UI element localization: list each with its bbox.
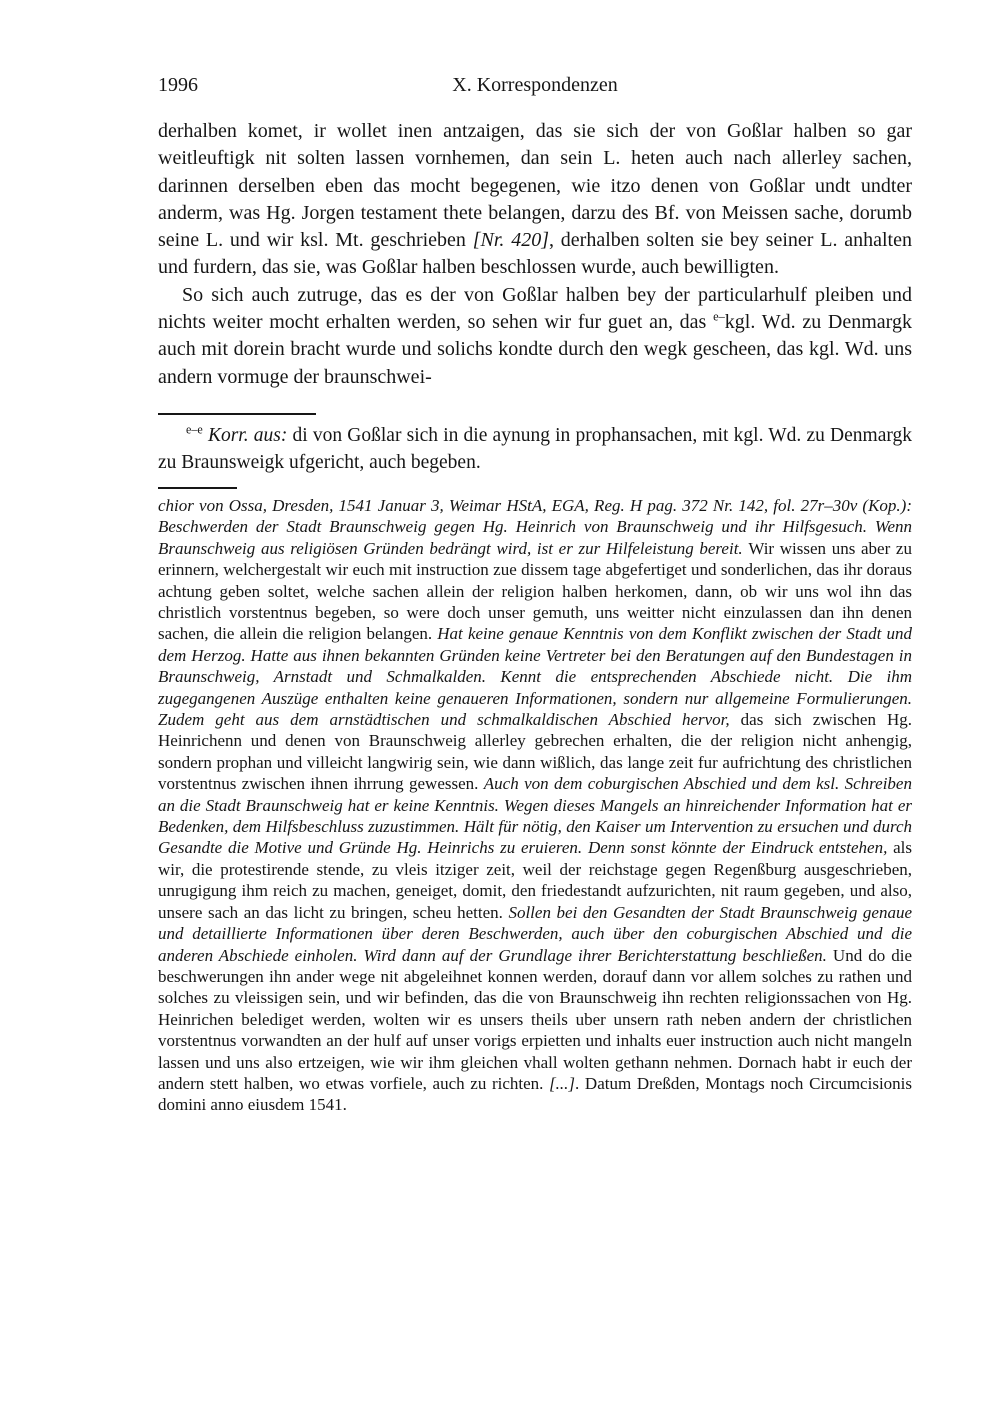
main-text: derhalben komet, ir wollet inen antzaige…	[158, 118, 912, 391]
apparatus-section: e–e Korr. aus: di von Goßlar sich in die…	[158, 413, 912, 476]
page-header: 1996 X. Korrespondenzen	[158, 72, 912, 99]
running-header: X. Korrespondenzen	[158, 72, 912, 99]
footnote-text: chior von Ossa, Dresden, 1541 Januar 3, …	[158, 495, 912, 1116]
footnote-section: chior von Ossa, Dresden, 1541 Januar 3, …	[158, 487, 912, 1116]
page-number: 1996	[158, 72, 198, 99]
book-page: 1996 X. Korrespondenzen derhalben komet,…	[0, 0, 1004, 1418]
apparatus-separator-rule	[158, 413, 316, 415]
apparatus-note: e–e Korr. aus: di von Goßlar sich in die…	[158, 422, 912, 476]
body-paragraph: derhalben komet, ir wollet inen antzaige…	[158, 118, 912, 282]
body-paragraph: So sich auch zutruge, das es der von Goß…	[158, 282, 912, 391]
footnote-separator-rule	[158, 487, 237, 489]
